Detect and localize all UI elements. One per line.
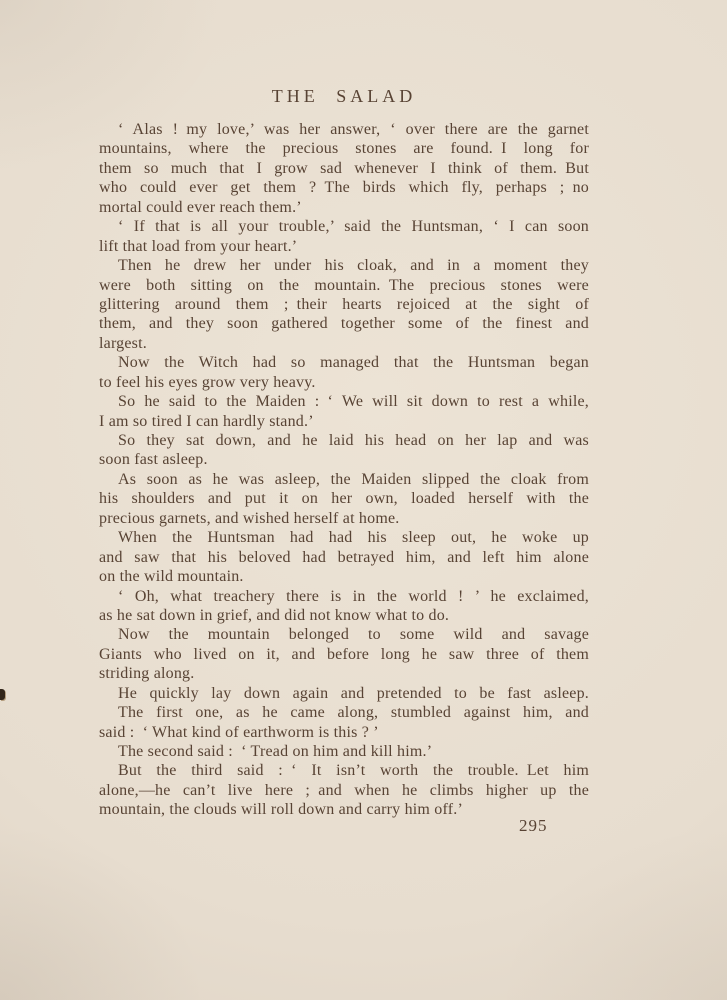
paragraph: Now the mountain belonged to some wild a…: [99, 625, 589, 683]
text-line: ‘ Oh, what treachery there is in the wor…: [99, 587, 589, 606]
text-line: glittering around them ; their hearts re…: [99, 295, 589, 314]
text-line: So they sat down, and he laid his head o…: [99, 431, 589, 450]
text-block: ‘ Alas ! my love,’ was her answer, ‘ ove…: [99, 120, 589, 820]
ink-speck: [0, 689, 5, 700]
text-line: mortal could ever reach them.’: [99, 198, 589, 217]
book-page: THE SALAD ‘ Alas ! my love,’ was her ans…: [0, 0, 727, 1000]
page-number: 295: [519, 816, 548, 836]
paragraph: ‘ Alas ! my love,’ was her answer, ‘ ove…: [99, 120, 589, 217]
text-line: The second said : ‘ Tread on him and kil…: [99, 742, 589, 761]
paragraph: When the Huntsman had had his sleep out,…: [99, 528, 589, 586]
paragraph: Then he drew her under his cloak, and in…: [99, 256, 589, 353]
text-line: his shoulders and put it on her own, loa…: [99, 489, 589, 508]
paragraph: As soon as he was asleep, the Maiden sli…: [99, 470, 589, 528]
paragraph: Now the Witch had so managed that the Hu…: [99, 353, 589, 392]
text-line: them, and they soon gathered together so…: [99, 314, 589, 333]
text-line: Then he drew her under his cloak, and in…: [99, 256, 589, 275]
paragraph: So he said to the Maiden : ‘ We will sit…: [99, 392, 589, 431]
text-line: mountains, where the precious stones are…: [99, 139, 589, 158]
text-line: said : ‘ What kind of earthworm is this …: [99, 723, 589, 742]
text-line: ‘ Alas ! my love,’ was her answer, ‘ ove…: [99, 120, 589, 139]
paragraph: ‘ If that is all your trouble,’ said the…: [99, 217, 589, 256]
paragraph: But the third said : ‘ It isn’t worth th…: [99, 761, 589, 819]
paragraph: ‘ Oh, what treachery there is in the wor…: [99, 587, 589, 626]
text-line: But the third said : ‘ It isn’t worth th…: [99, 761, 589, 780]
text-line: Giants who lived on it, and before long …: [99, 645, 589, 664]
text-line: Now the mountain belonged to some wild a…: [99, 625, 589, 644]
text-line: lift that load from your heart.’: [99, 237, 589, 256]
text-line: ‘ If that is all your trouble,’ said the…: [99, 217, 589, 236]
text-line: soon fast asleep.: [99, 450, 589, 469]
paragraph: So they sat down, and he laid his head o…: [99, 431, 589, 470]
text-line: them so much that I grow sad whenever I …: [99, 159, 589, 178]
page-title: THE SALAD: [99, 86, 589, 107]
text-line: Now the Witch had so managed that the Hu…: [99, 353, 589, 372]
text-line: I am so tired I can hardly stand.’: [99, 412, 589, 431]
text-line: largest.: [99, 334, 589, 353]
text-line: striding along.: [99, 664, 589, 683]
paragraph: He quickly lay down again and pretended …: [99, 684, 589, 703]
text-line: As soon as he was asleep, the Maiden sli…: [99, 470, 589, 489]
text-line: were both sitting on the mountain. The p…: [99, 276, 589, 295]
text-line: He quickly lay down again and pretended …: [99, 684, 589, 703]
text-line: and saw that his beloved had betrayed hi…: [99, 548, 589, 567]
paragraph: The first one, as he came along, stumble…: [99, 703, 589, 742]
text-line: on the wild mountain.: [99, 567, 589, 586]
text-line: mountain, the clouds will roll down and …: [99, 800, 589, 819]
text-line: alone,—he can’t live here ; and when he …: [99, 781, 589, 800]
text-line: When the Huntsman had had his sleep out,…: [99, 528, 589, 547]
text-line: who could ever get them ? The birds whic…: [99, 178, 589, 197]
text-line: to feel his eyes grow very heavy.: [99, 373, 589, 392]
text-line: So he said to the Maiden : ‘ We will sit…: [99, 392, 589, 411]
paragraph: The second said : ‘ Tread on him and kil…: [99, 742, 589, 761]
text-line: as he sat down in grief, and did not kno…: [99, 606, 589, 625]
text-line: The first one, as he came along, stumble…: [99, 703, 589, 722]
text-line: precious garnets, and wished herself at …: [99, 509, 589, 528]
